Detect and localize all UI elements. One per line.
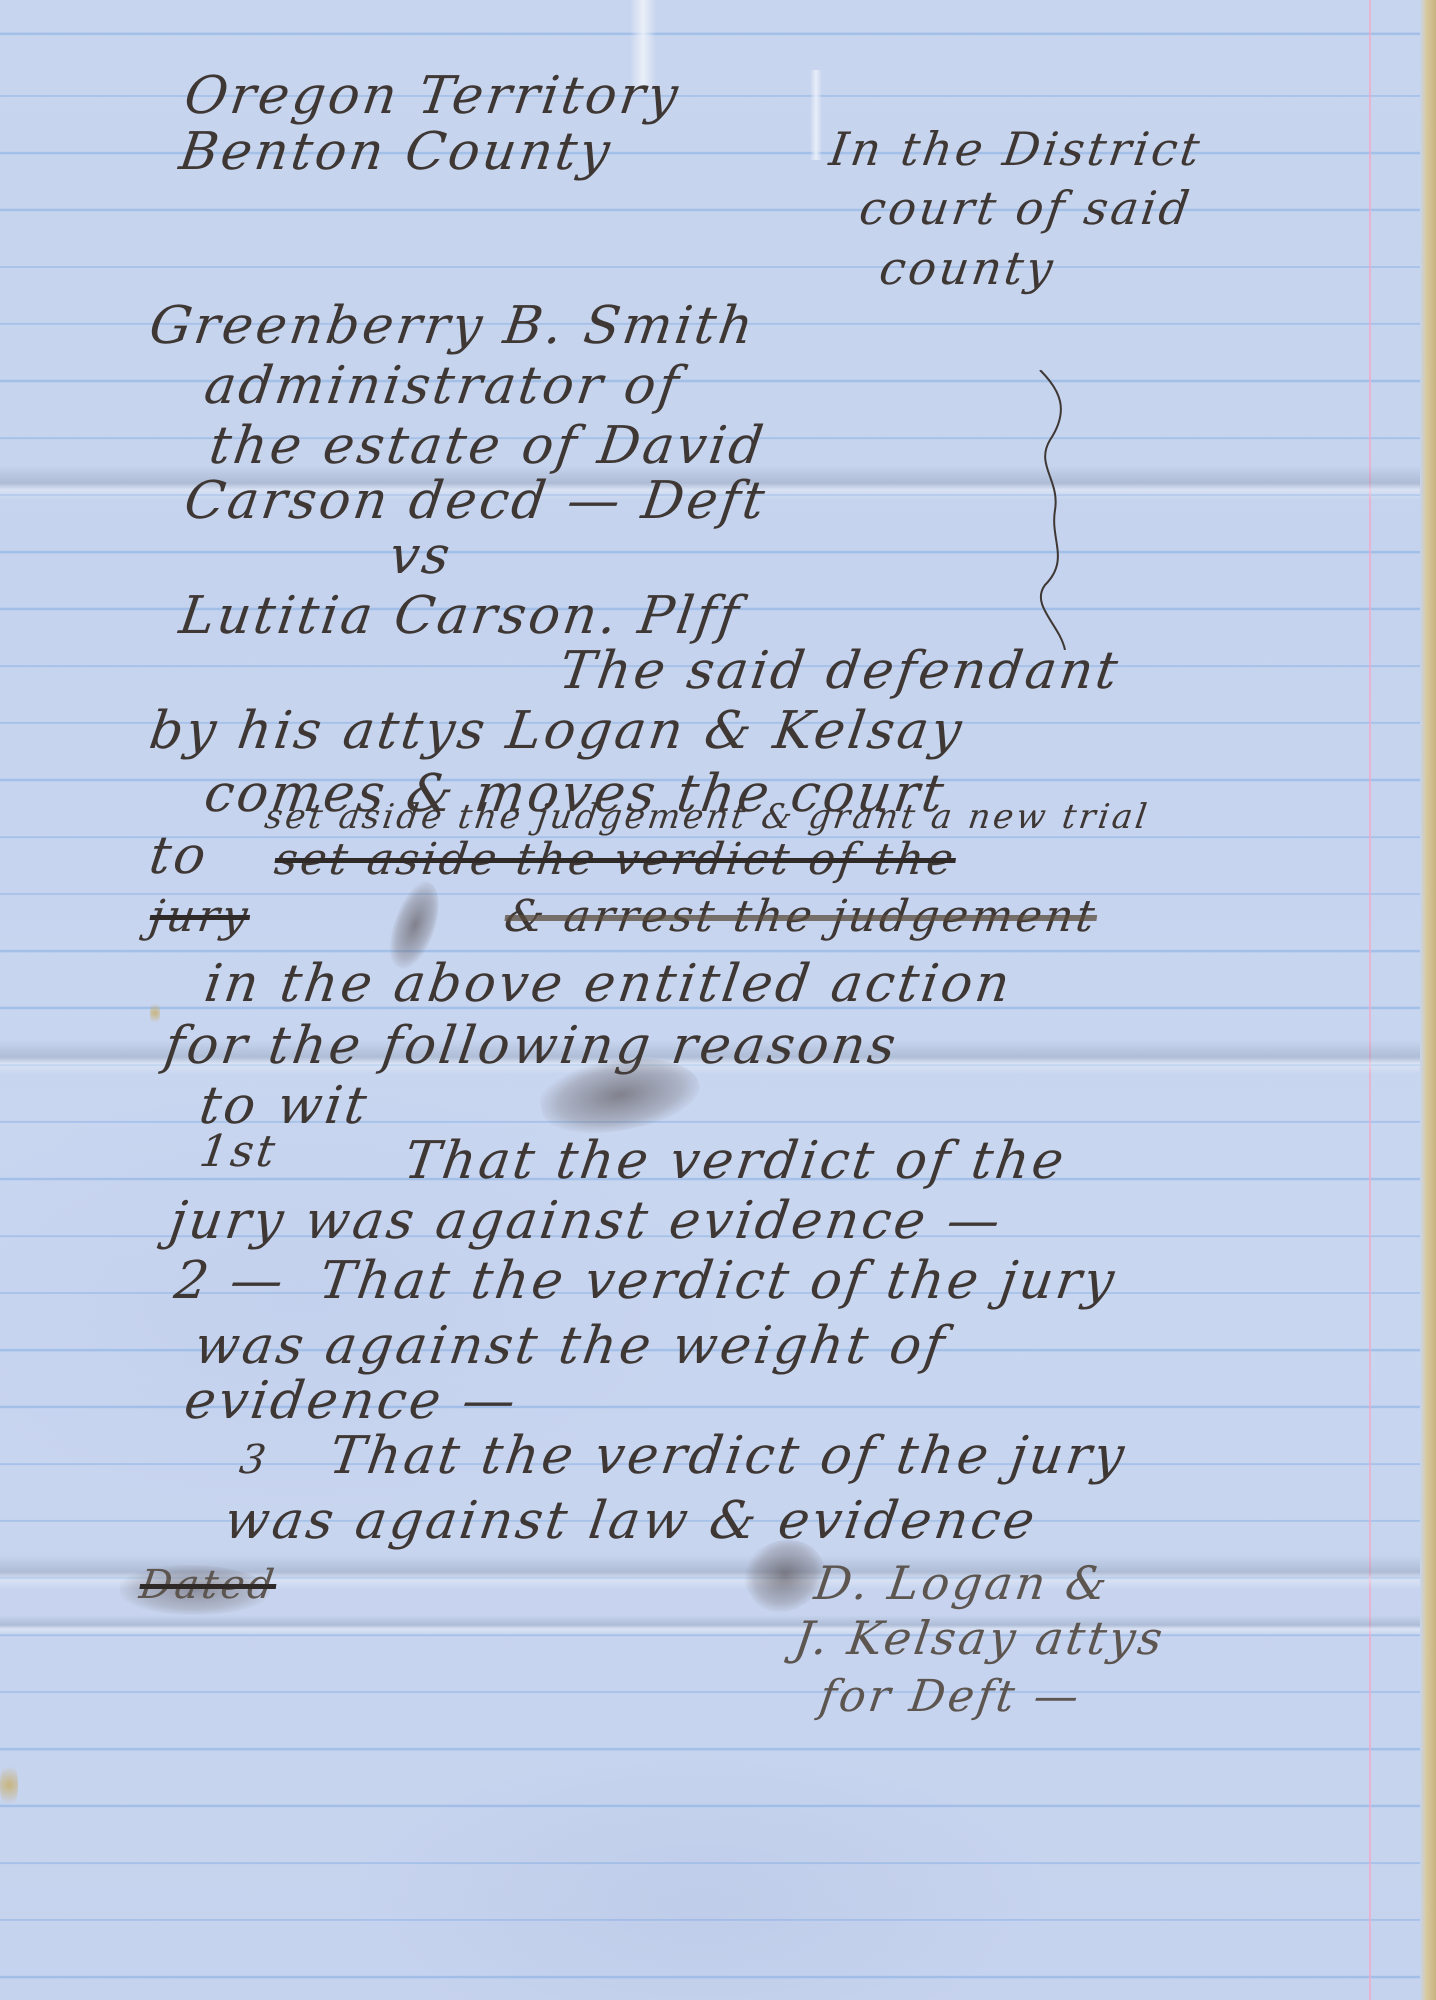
defendant-name: Greenberry B. Smith (146, 300, 759, 352)
fold-crease (0, 1615, 1420, 1635)
signature-logan: D. Logan & (812, 1560, 1113, 1606)
body-line6: to wit (196, 1080, 372, 1132)
paper-crease (810, 70, 822, 160)
struck-text-jury: jury (147, 895, 253, 939)
caption-court-line1: In the District (827, 126, 1205, 172)
aged-paper-edge (1420, 0, 1436, 2000)
body-line4: in the above entitled action (201, 958, 1015, 1010)
body-caret-to: to (146, 830, 212, 882)
reason-1-line1: That the verdict of the (401, 1135, 1069, 1187)
reason-3-number: 3 (237, 1440, 271, 1480)
caption-court-line3: county (877, 245, 1059, 291)
paper-stain (0, 1760, 18, 1810)
body-line2: by his attys Logan & Kelsay (146, 705, 967, 757)
plaintiff-name: Lutitia Carson. Plff (176, 590, 744, 642)
defendant-estate: the estate of David (206, 420, 769, 472)
reason-3-line2: was against law & evidence (221, 1495, 1040, 1547)
caption-territory: Oregon Territory (181, 70, 683, 122)
brace-icon (1030, 370, 1090, 650)
signature-for-deft: for Deft — (817, 1675, 1084, 1719)
defendant-deceased: Carson decd — Deft (181, 475, 770, 527)
paper-stain (150, 1000, 160, 1026)
defendant-role: administrator of (201, 360, 684, 412)
reason-2-number: 2 — (171, 1255, 289, 1307)
reason-1-line2: jury was against evidence — (166, 1195, 1006, 1247)
reason-2-line2: was against the weight of (191, 1320, 950, 1372)
reason-3-line1: That the verdict of the jury (326, 1430, 1130, 1482)
document-page: Oregon Territory Benton County In the Di… (0, 0, 1436, 2000)
reason-1-number: 1st (197, 1130, 280, 1174)
signature-kelsay: J. Kelsay attys (792, 1615, 1168, 1661)
struck-text-verdict: set aside the verdict of the (272, 838, 959, 882)
body-line1: The said defendant (556, 645, 1123, 697)
dated-struck: Dated (137, 1565, 279, 1605)
caption-county: Benton County (176, 126, 615, 178)
versus-label: vs (386, 530, 455, 582)
body-insertion: set aside the judgement & grant a new tr… (263, 800, 1152, 834)
reason-2-line1: That the verdict of the jury (316, 1255, 1120, 1307)
body-line5: for the following reasons (161, 1020, 901, 1072)
reason-2-line3: evidence — (181, 1375, 521, 1427)
margin-line (1369, 0, 1371, 2000)
caption-court-line2: court of said (857, 185, 1195, 231)
struck-text-arrest: & arrest the judgement (502, 895, 1100, 939)
